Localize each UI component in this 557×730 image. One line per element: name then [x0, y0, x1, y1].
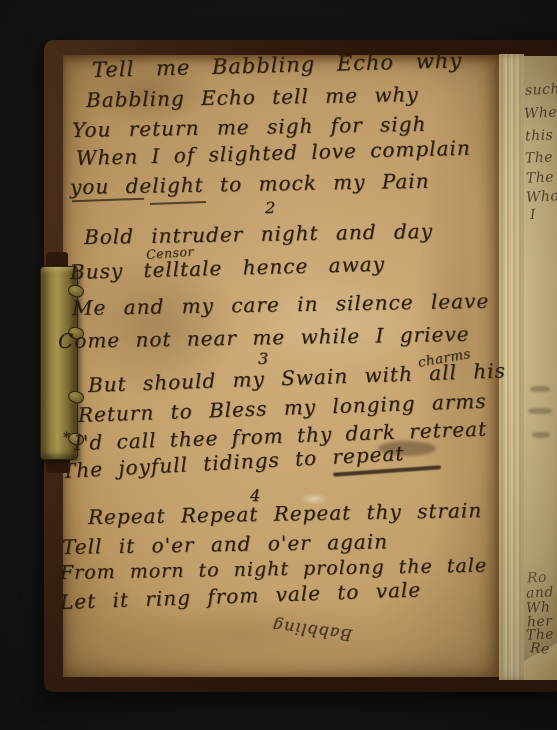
photograph-of-notebook: such When this The The Who I Ro and Wh h… [0, 0, 557, 730]
inverted-inscription: Babbling [271, 616, 353, 645]
verse-line: you delight to mock my Pain [70, 169, 430, 199]
margin-asterisk: * [63, 430, 70, 446]
stanza-number: 2 [265, 198, 275, 217]
verse-line: Tell me Babbling Echo why [92, 48, 463, 82]
verse-line: Tell it o'er and o'er again [62, 529, 388, 559]
verse-line: Repeat Repeat Repeat thy strain [88, 498, 483, 529]
ink-blot [378, 441, 436, 456]
verse-line: From morn to night prolong the tale [60, 555, 487, 584]
verse-line: Me and my care in silence leave [72, 289, 490, 320]
verse-line: Bold intruder night and day [84, 219, 433, 249]
handwriting-layer: Tell me Babbling Echo why Babbling Echo … [0, 0, 557, 730]
stanza-number: 3 [258, 349, 268, 368]
verse-line: Babbling Echo tell me why [86, 82, 419, 112]
verse-line: Busy telltale hence away [70, 252, 386, 284]
underline-mark [150, 201, 206, 205]
